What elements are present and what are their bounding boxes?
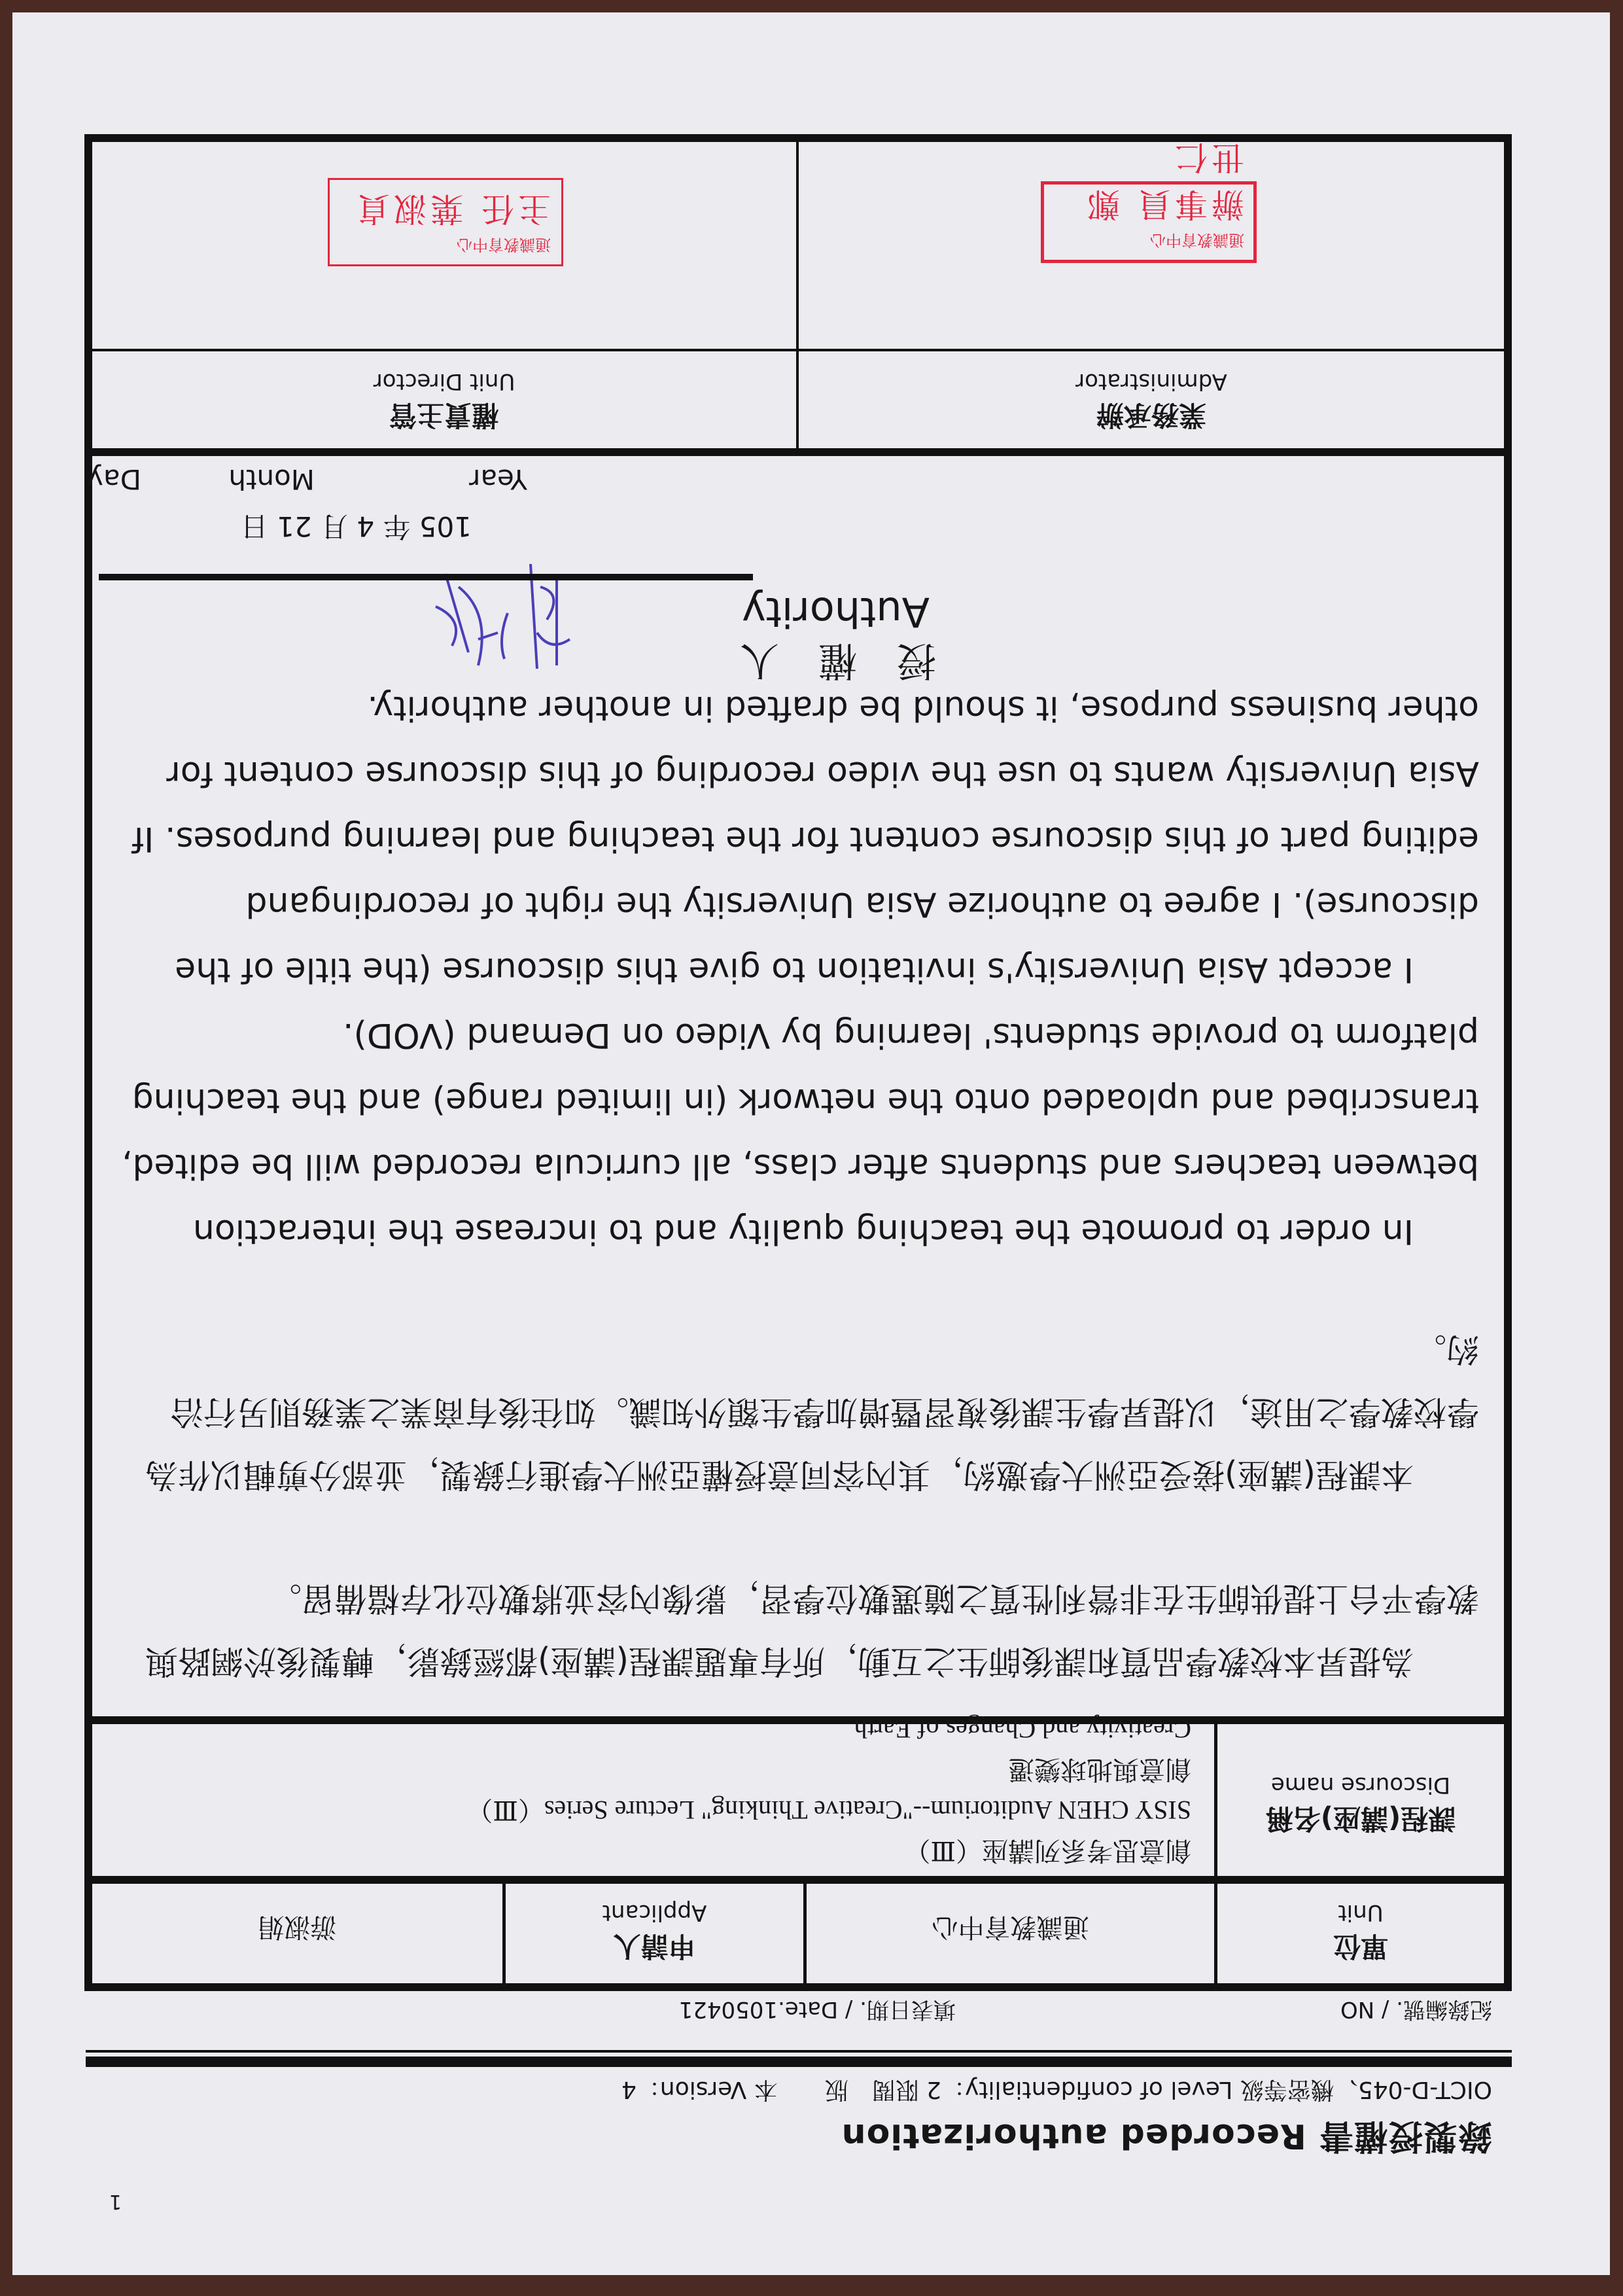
administrator-label: 業務承辦 Administrator xyxy=(799,368,1504,436)
header-rule-thick xyxy=(86,2057,1512,2067)
chinese-paragraph-2: 本課程(講座)接受亞洲大學邀約，其內容同意授權亞洲大學進行錄製，並部分剪輯以作為… xyxy=(118,1318,1479,1506)
authority-label-en: Authority xyxy=(742,588,930,636)
signoff-top-border xyxy=(84,448,1512,456)
header-rule-thin xyxy=(86,2050,1512,2053)
signature-line xyxy=(99,574,753,580)
chinese-paragraph-1: 為提昇本校教學品質和課後師生之互動，所有專題課程(講座)都經錄影，轉製後於網路與… xyxy=(118,1567,1479,1693)
row-divider xyxy=(84,1876,1512,1884)
authority-label-zh: 授 權 人 xyxy=(740,635,936,692)
director-stamp: 通識教育中心 主任 葉淑貞 xyxy=(328,178,563,266)
unit-label: 單位 Unit xyxy=(1217,1899,1504,1968)
month-label: Month xyxy=(228,463,315,495)
year-label: Year xyxy=(469,463,527,495)
discourse-name: 創意思考系列講座（Ⅲ） SISY CHEN Auditorium--"Creat… xyxy=(105,1708,1191,1871)
unit-value: 通識教育中心 xyxy=(807,1911,1214,1948)
english-paragraph-2: I accept Asia University's invitation to… xyxy=(118,675,1479,1002)
applicant-label: 申請人 Applicant xyxy=(506,1899,803,1968)
authorization-date: 105 年 4 月 21 日 xyxy=(241,508,472,548)
page-number: 1 xyxy=(109,2190,122,2213)
unit-director-label: 權責主管 Unit Director xyxy=(92,368,796,436)
record-number-label: 紀錄編號. / NO xyxy=(1340,1996,1492,2028)
english-paragraph-1: In order to promote the teaching quality… xyxy=(118,1002,1479,1264)
discourse-label: 課程(講座)名稱 Discourse name xyxy=(1217,1772,1504,1840)
scanned-page-rotated: 1 錄製授權書 Recorded authorization OICT-D-04… xyxy=(0,0,1623,2296)
fill-date-label: 填表日期. / Date.1050421 xyxy=(679,1996,956,2028)
applicant-value: 游淑娟 xyxy=(92,1911,502,1948)
administrator-stamp: 通識教育中心 辦事員 鄭世仁 xyxy=(1041,181,1257,263)
paper-sheet: 1 錄製授權書 Recorded authorization OICT-D-04… xyxy=(12,12,1610,2275)
document-title: 錄製授權書 Recorded authorization xyxy=(841,2115,1492,2164)
document-meta-line: OICT-D-045、機密等級 Level of confidentiality… xyxy=(621,2075,1492,2108)
day-label: Day xyxy=(87,463,141,495)
